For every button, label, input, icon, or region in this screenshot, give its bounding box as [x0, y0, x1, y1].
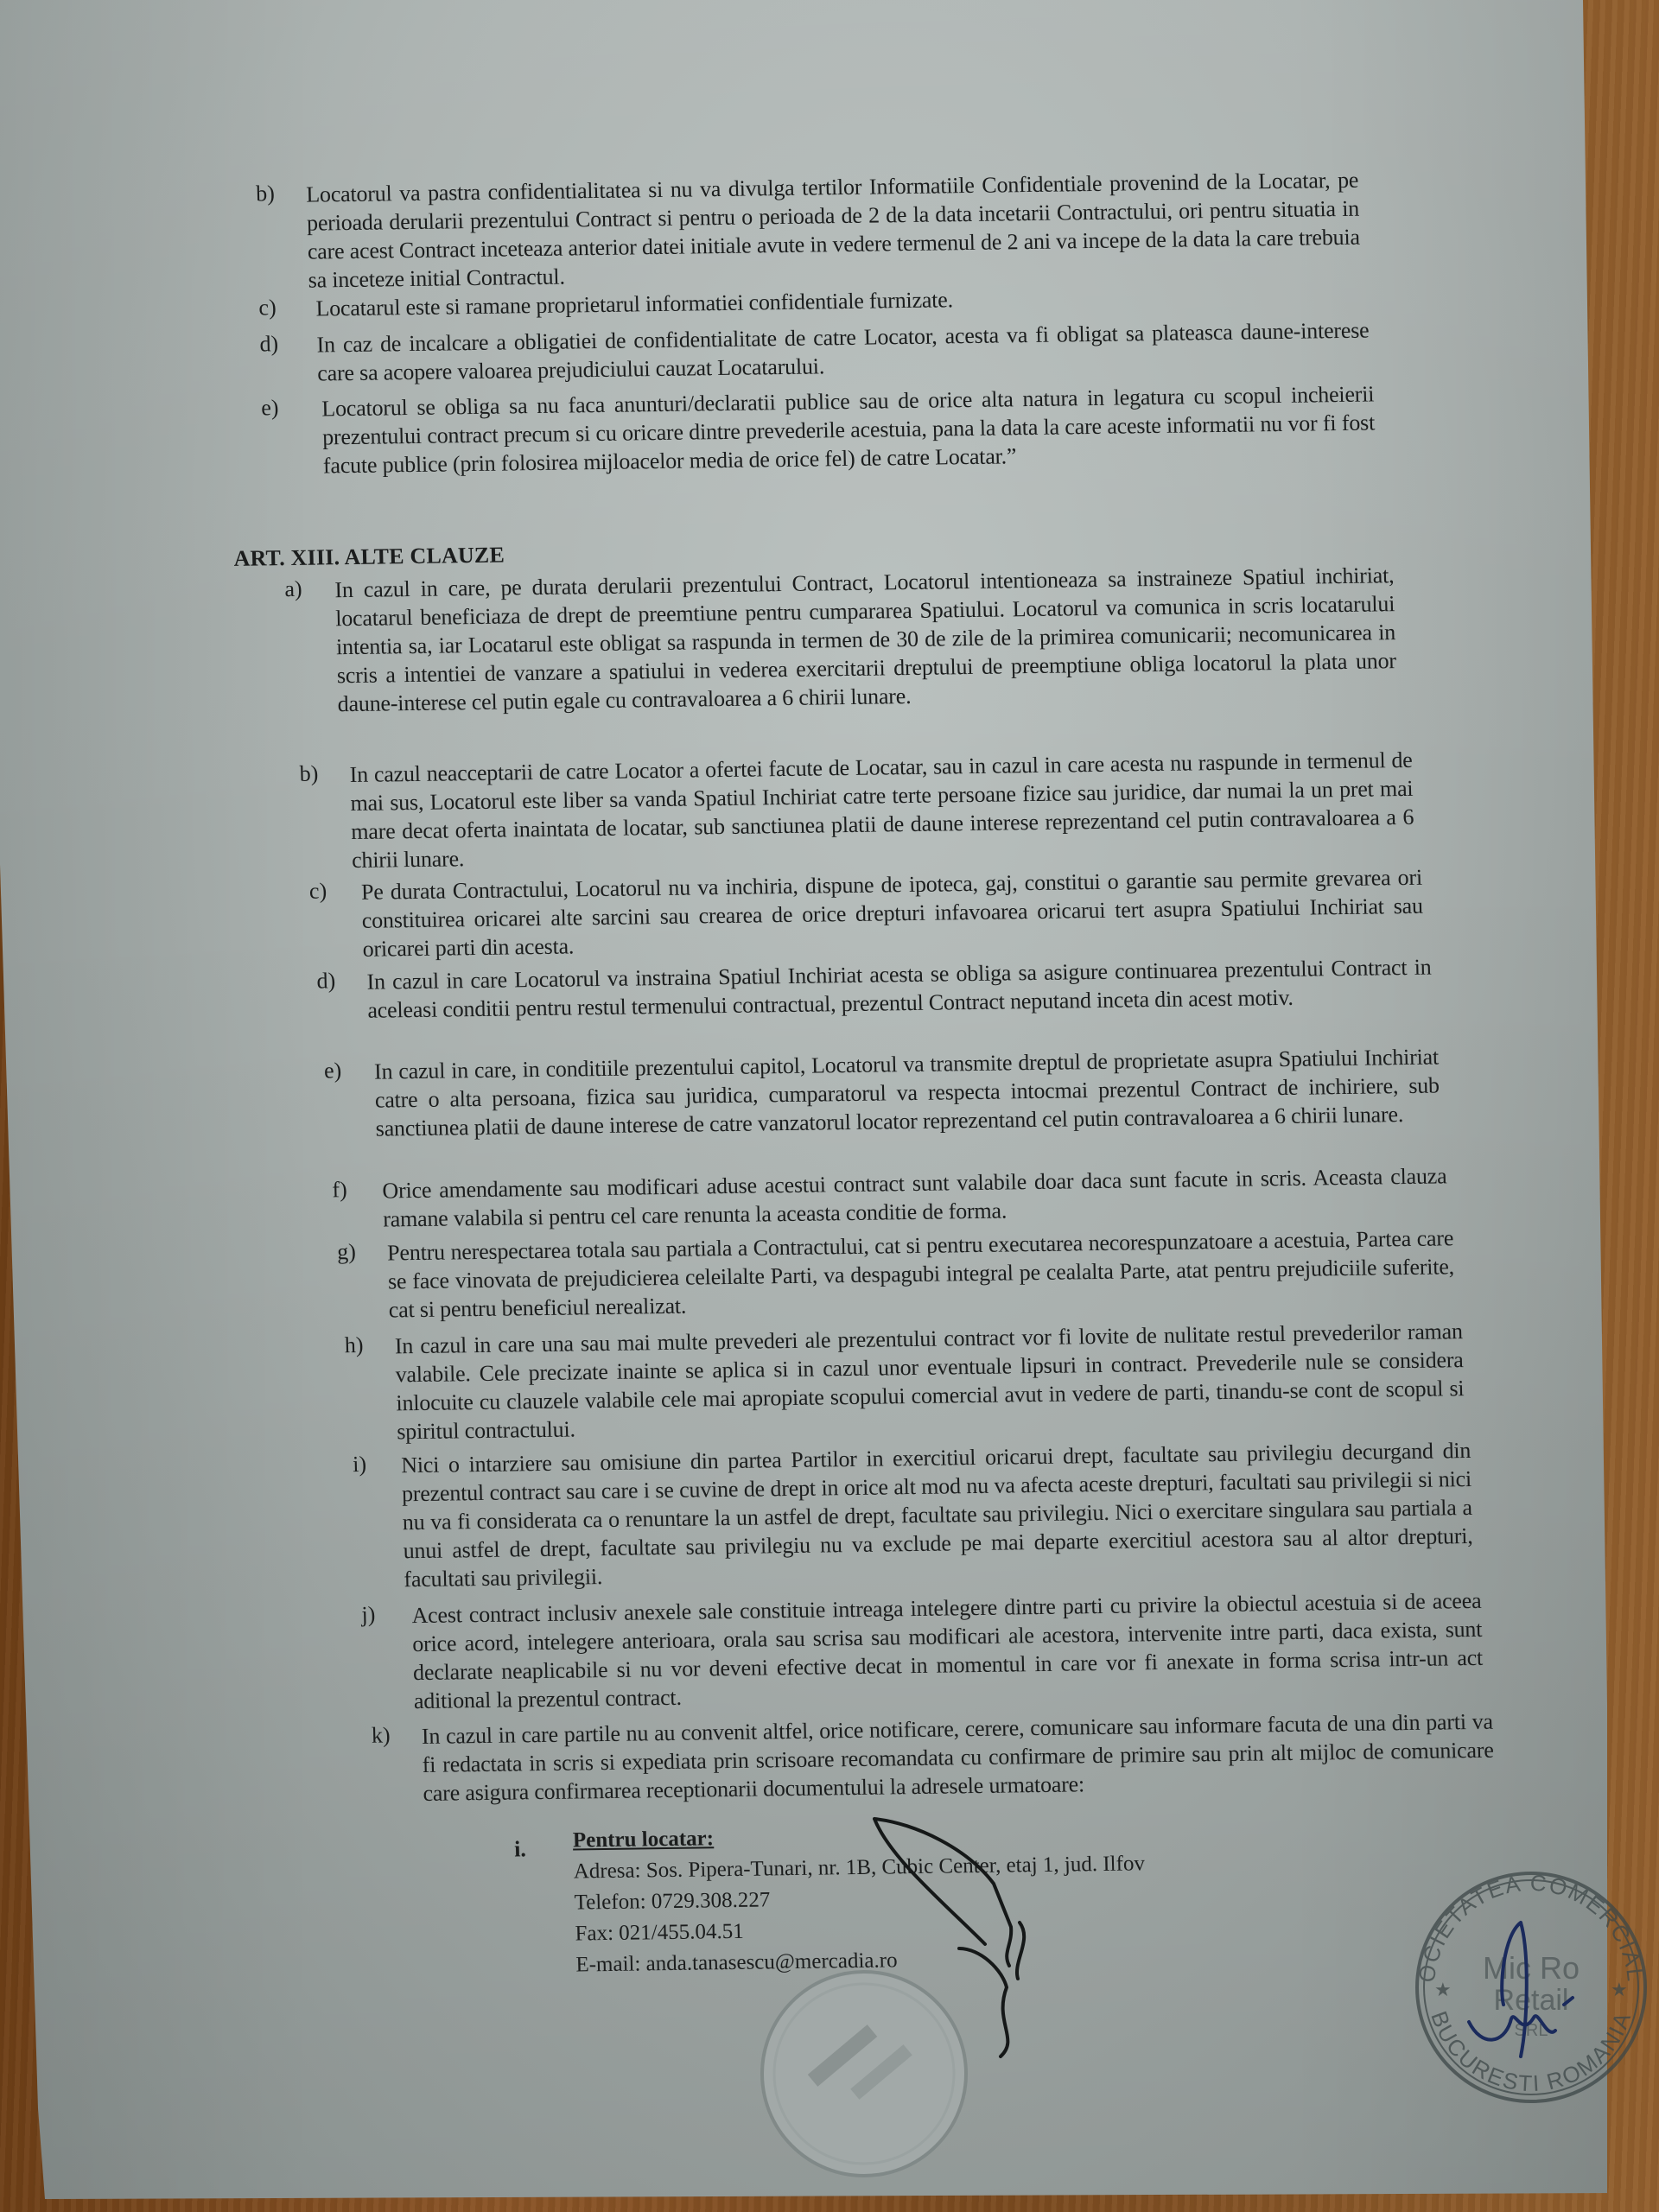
clause-label: d)	[316, 968, 335, 994]
clause-label: a)	[284, 576, 302, 602]
article-clause-a: In cazul in care, pe durata derularii pr…	[334, 561, 1397, 718]
clause-label: c)	[309, 878, 327, 904]
confidentiality-clause-d: In caz de incalcare a obligatiei de conf…	[316, 316, 1370, 388]
clause-label: j)	[361, 1602, 376, 1628]
clause-label: e)	[324, 1058, 342, 1084]
contract-page: b) Locatorul va pastra confidentialitate…	[0, 0, 1659, 2212]
confidentiality-clause-e: Locatorul se obliga sa nu faca anunturi/…	[321, 379, 1376, 480]
contact-item-label: i.	[514, 1836, 526, 1862]
article-clause-c: Pe durata Contractului, Locatorul nu va …	[361, 863, 1424, 963]
article-clause-j: Acest contract inclusiv anexele sale con…	[411, 1586, 1484, 1715]
clause-label: g)	[337, 1239, 356, 1265]
contact-block: Pentru locatar: Adresa: Sos. Pipera-Tuna…	[572, 1817, 1147, 1980]
article-clause-f: Orice amendamente sau modificari aduse a…	[382, 1161, 1447, 1233]
article-heading: ART. XIII. ALTE CLAUZE	[233, 543, 505, 572]
clause-label: c)	[258, 295, 276, 321]
clause-label: f)	[332, 1177, 347, 1203]
clause-label: d)	[259, 331, 278, 357]
clause-label: b)	[299, 761, 318, 787]
clause-label: h)	[344, 1332, 363, 1358]
confidentiality-clause-b: Locatorul va pastra confidentialitatea s…	[306, 166, 1361, 295]
clause-label: k)	[372, 1723, 391, 1749]
article-clause-g: Pentru nerespectarea totala sau partiala…	[387, 1224, 1455, 1324]
article-clause-k: In cazul in care partile nu au convenit …	[421, 1707, 1494, 1808]
article-clause-d: In cazul in care Locatorul va instraina …	[366, 953, 1432, 1025]
clause-label: i)	[353, 1452, 367, 1478]
article-clause-e: In cazul in care, in conditiile prezentu…	[374, 1042, 1440, 1142]
clause-label: e)	[261, 395, 279, 421]
article-clause-b: In cazul neacceptarii de catre Locator a…	[349, 746, 1414, 874]
clause-label: b)	[256, 181, 275, 207]
article-clause-h: In cazul in care una sau mai multe preve…	[394, 1317, 1465, 1446]
article-clause-i: Nici o intarziere sau omisiune din parte…	[401, 1436, 1474, 1593]
